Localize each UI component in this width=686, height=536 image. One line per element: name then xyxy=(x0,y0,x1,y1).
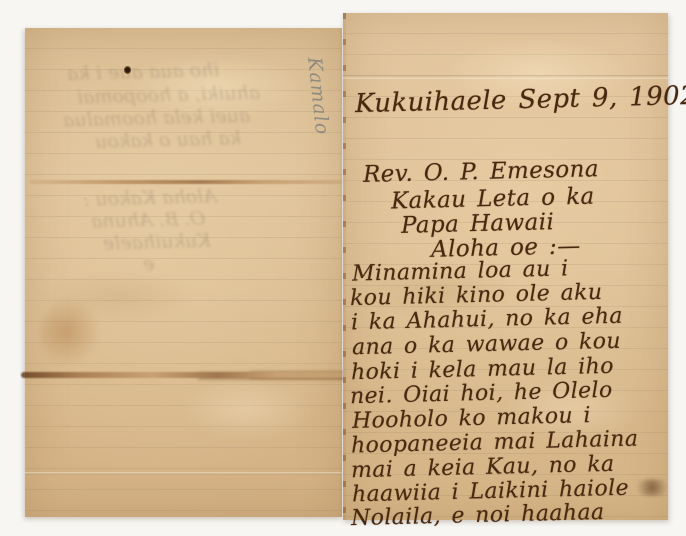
ink-smudge xyxy=(633,479,671,496)
left-page: iho aua aue i ka ahuiki, a hoopomai auei… xyxy=(25,28,342,517)
stain-line-upper xyxy=(30,180,342,184)
stain-line-lower xyxy=(21,372,347,378)
body-line: Nolaila, e noi haahaa xyxy=(351,500,605,531)
bleed-through-line: Kukuihaele xyxy=(103,230,212,255)
bleed-through-line: iho aua aue i ka xyxy=(67,59,220,85)
fold-crease-right xyxy=(343,75,668,79)
bleed-through-line: ka hau o kakou xyxy=(95,127,242,153)
bleed-through-line: e xyxy=(143,253,155,275)
right-page: Kukuihaele Sept 9, 1902 Rev. O. P. Emeso… xyxy=(343,13,668,520)
bleed-through-line: O. B. Ahuna xyxy=(91,208,206,233)
fold-crease-left xyxy=(25,472,342,475)
date-line: Kukuihaele Sept 9, 1902 xyxy=(355,81,686,119)
blot-stain xyxy=(40,300,98,370)
deckle-edge xyxy=(343,13,346,520)
address-line: Rev. O. P. Emesona xyxy=(363,156,600,188)
ink-spot xyxy=(124,66,131,74)
letter-scan: iho aua aue i ka ahuiki, a hoopomai auei… xyxy=(0,0,686,536)
pencil-inscription: Kamalo xyxy=(303,56,341,207)
